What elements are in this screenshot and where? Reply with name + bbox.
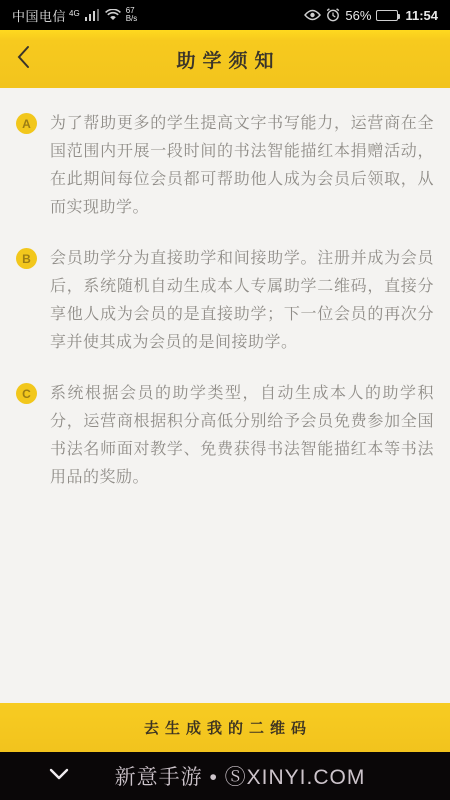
- bottom-bar: 新意手游 • ⓈXINYI.COM: [0, 752, 450, 800]
- badge-a: A: [16, 113, 37, 134]
- notice-item-c: C 系统根据会员的助学类型，自动生成本人的助学积分，运营商根据积分高低分别给予会…: [16, 380, 434, 492]
- wifi-icon: [105, 9, 121, 21]
- chevron-down-icon: [49, 767, 69, 785]
- network-type-label: 4G: [69, 9, 80, 18]
- signal-bars-icon: [85, 9, 100, 21]
- battery-icon: [376, 10, 398, 21]
- watermark-text: 新意手游 • ⓈXINYI.COM: [115, 761, 366, 791]
- badge-c: C: [16, 383, 37, 404]
- notice-item-b: B 会员助学分为直接助学和间接助学。注册并成为会员后，系统随机自动生成本人专属助…: [16, 245, 434, 357]
- alarm-clock-icon: [326, 8, 340, 22]
- back-button[interactable]: [10, 30, 54, 88]
- page-title: 助学须知: [0, 46, 450, 73]
- collapse-button[interactable]: [42, 752, 76, 800]
- notice-item-a: A 为了帮助更多的学生提高文字书写能力，运营商在全国范围内开展一段时间的书法智能…: [16, 110, 434, 222]
- notice-text-a: 为了帮助更多的学生提高文字书写能力，运营商在全国范围内开展一段时间的书法智能描红…: [50, 110, 434, 222]
- notice-text-c: 系统根据会员的助学类型，自动生成本人的助学积分，运营商根据积分高低分别给予会员免…: [50, 380, 434, 492]
- notice-text-b: 会员助学分为直接助学和间接助学。注册并成为会员后，系统随机自动生成本人专属助学二…: [50, 245, 434, 357]
- eye-protection-icon: [304, 9, 321, 21]
- status-bar: 中国电信 4G 67 B/s: [0, 0, 450, 30]
- battery-percent-label: 56%: [345, 8, 371, 23]
- network-speed: 67 B/s: [126, 7, 138, 23]
- back-chevron-icon: [16, 45, 30, 74]
- badge-b: B: [16, 248, 37, 269]
- generate-qr-button[interactable]: 去生成我的二维码: [0, 703, 450, 752]
- header: 助学须知: [0, 30, 450, 88]
- clock-label: 11:54: [405, 8, 438, 23]
- notice-content: A 为了帮助更多的学生提高文字书写能力，运营商在全国范围内开展一段时间的书法智能…: [0, 88, 450, 703]
- carrier-label: 中国电信: [12, 6, 66, 25]
